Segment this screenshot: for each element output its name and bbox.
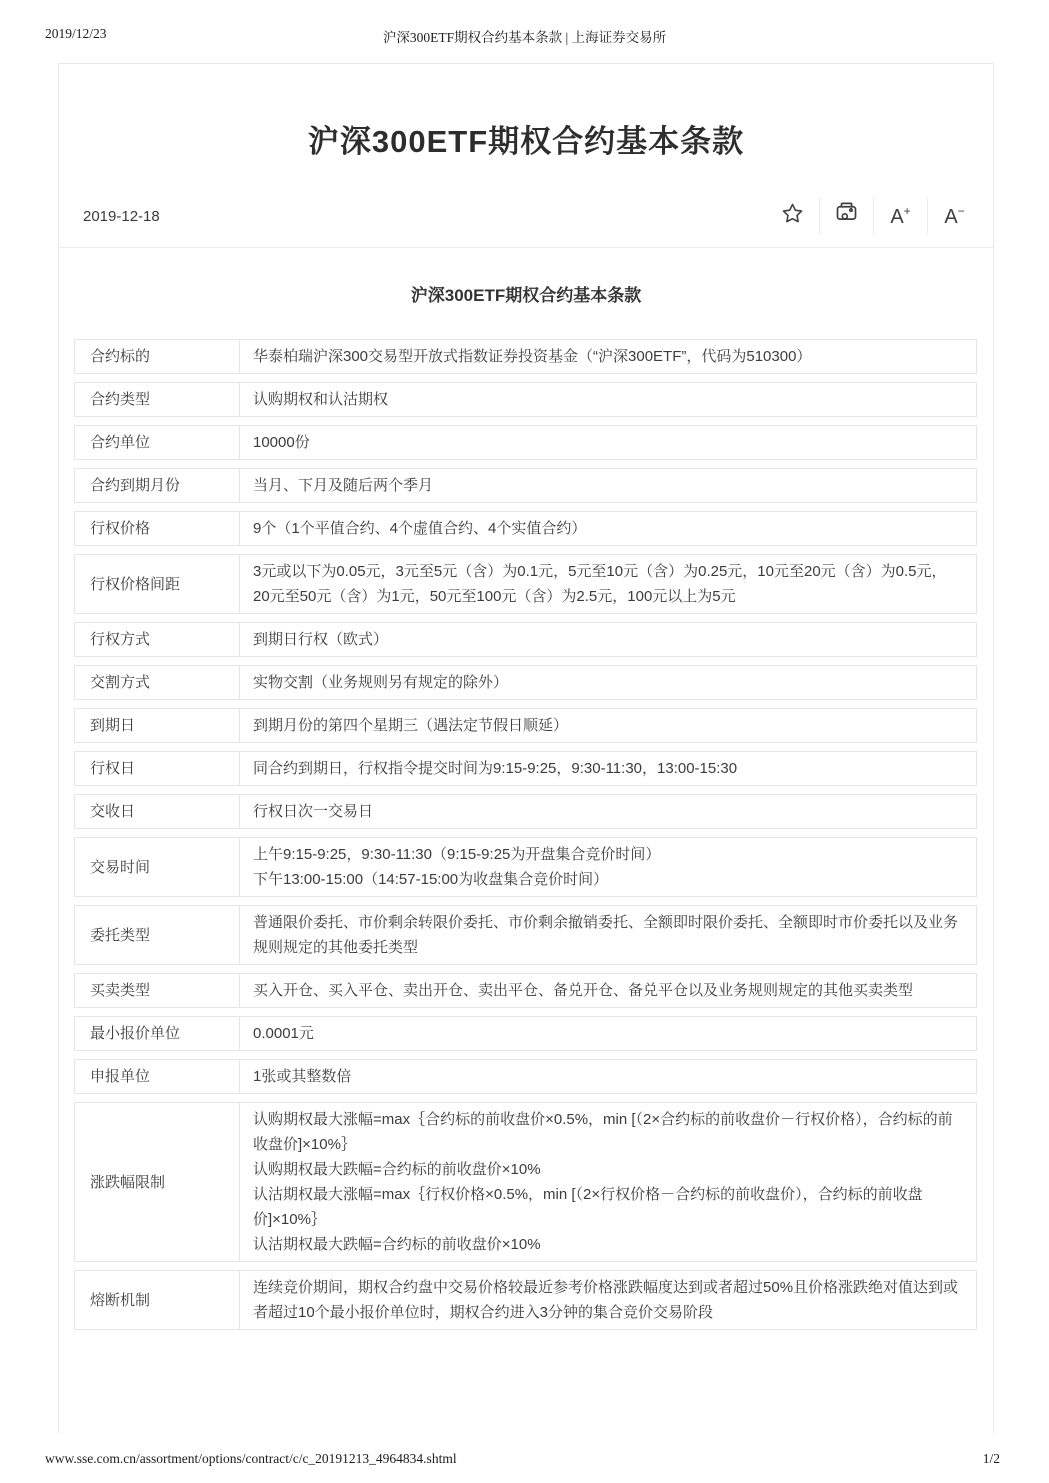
row-value: 同合约到期日，行权指令提交时间为9:15-9:25，9:30-11:30，13:… (253, 756, 737, 781)
print-footer-page-number: 1/2 (983, 1451, 1000, 1467)
row-label: 合约标的 (75, 340, 240, 373)
row-value-cell: 实物交割（业务规则另有规定的除外） (240, 666, 976, 699)
row-value: 普通限价委托、市价剩余转限价委托、市价剩余撤销委托、全额即时限价委托、全额即时市… (253, 910, 960, 960)
row-value: 9个（1个平值合约、4个虚值合约、4个实值合约） (253, 516, 586, 541)
row-label: 熔断机制 (75, 1271, 240, 1329)
table-row: 行权方式 到期日行权（欧式） (74, 622, 977, 657)
article-subtitle: 沪深300ETF期权合约基本条款 (59, 281, 993, 306)
table-row: 交收日 行权日次一交易日 (74, 794, 977, 829)
print-footer-url: www.sse.com.cn/assortment/options/contra… (45, 1451, 457, 1467)
row-value-cell: 行权日次一交易日 (240, 795, 976, 828)
row-value-cell: 认购期权最大涨幅=max｛合约标的前收盘价×0.5%，min [（2×合约标的前… (240, 1103, 976, 1261)
row-label: 行权日 (75, 752, 240, 785)
bookmark-button[interactable] (766, 197, 819, 235)
row-value: 认购期权和认沽期权 (253, 387, 388, 412)
font-increase-button[interactable]: A+ (873, 197, 927, 235)
printer-icon (833, 200, 860, 232)
table-row: 买卖类型 买入开仓、买入平仓、卖出开仓、卖出平仓、备兑开仓、备兑平仓以及业务规则… (74, 973, 977, 1008)
table-row: 交易时间 上午9:15-9:25，9:30-11:30（9:15-9:25为开盘… (74, 837, 977, 897)
row-value: 0.0001元 (253, 1021, 314, 1046)
row-label: 涨跌幅限制 (75, 1103, 240, 1261)
star-icon (780, 201, 805, 231)
row-label: 交收日 (75, 795, 240, 828)
header-divider (59, 247, 993, 248)
row-value-cell: 3元或以下为0.05元，3元至5元（含）为0.1元，5元至10元（含）为0.25… (240, 555, 976, 613)
row-label: 委托类型 (75, 906, 240, 964)
row-value: 实物交割（业务规则另有规定的除外） (253, 670, 508, 695)
row-value-cell: 0.0001元 (240, 1017, 976, 1050)
row-label: 到期日 (75, 709, 240, 742)
row-value-cell: 10000份 (240, 426, 976, 459)
article-toolbar: A+ A− (766, 197, 981, 235)
page-title: 沪深300ETF期权合约基本条款 (59, 116, 993, 161)
row-value-cell: 华泰柏瑞沪深300交易型开放式指数证券投资基金（“沪深300ETF”，代码为51… (240, 340, 976, 373)
article-date: 2019-12-18 (83, 208, 160, 225)
row-label: 行权方式 (75, 623, 240, 656)
table-row: 合约标的 华泰柏瑞沪深300交易型开放式指数证券投资基金（“沪深300ETF”，… (74, 339, 977, 374)
row-value: 当月、下月及随后两个季月 (253, 473, 433, 498)
table-row: 合约到期月份 当月、下月及随后两个季月 (74, 468, 977, 503)
row-value-cell: 当月、下月及随后两个季月 (240, 469, 976, 502)
table-row: 申报单位 1张或其整数倍 (74, 1059, 977, 1094)
font-decrease-button[interactable]: A− (927, 197, 981, 235)
font-increase-icon: A+ (890, 205, 910, 227)
row-value-cell: 买入开仓、买入平仓、卖出开仓、卖出平仓、备兑开仓、备兑平仓以及业务规则规定的其他… (240, 974, 976, 1007)
row-value: 行权日次一交易日 (253, 799, 373, 824)
table-row: 行权价格间距 3元或以下为0.05元，3元至5元（含）为0.1元，5元至10元（… (74, 554, 977, 614)
row-value: 到期月份的第四个星期三（遇法定节假日顺延） (253, 713, 568, 738)
table-row: 涨跌幅限制 认购期权最大涨幅=max｛合约标的前收盘价×0.5%，min [（2… (74, 1102, 977, 1262)
row-value-cell: 到期日行权（欧式） (240, 623, 976, 656)
table-row: 熔断机制 连续竞价期间，期权合约盘中交易价格较最近参考价格涨跌幅度达到或者超过5… (74, 1270, 977, 1330)
row-value: 认购期权最大涨幅=max｛合约标的前收盘价×0.5%，min [（2×合约标的前… (253, 1107, 960, 1257)
row-label: 合约到期月份 (75, 469, 240, 502)
row-value-cell: 1张或其整数倍 (240, 1060, 976, 1093)
row-value-cell: 认购期权和认沽期权 (240, 383, 976, 416)
row-label: 行权价格 (75, 512, 240, 545)
row-value-cell: 普通限价委托、市价剩余转限价委托、市价剩余撤销委托、全额即时限价委托、全额即时市… (240, 906, 976, 964)
print-page: { "print_header": { "date": "2019/12/23"… (0, 0, 1049, 1483)
row-value-cell: 上午9:15-9:25，9:30-11:30（9:15-9:25为开盘集合竞价时… (240, 838, 976, 896)
table-row: 交割方式 实物交割（业务规则另有规定的除外） (74, 665, 977, 700)
print-header-title: 沪深300ETF期权合约基本条款 | 上海证券交易所 (0, 26, 1049, 46)
row-value: 上午9:15-9:25，9:30-11:30（9:15-9:25为开盘集合竞价时… (253, 842, 660, 892)
row-value: 3元或以下为0.05元，3元至5元（含）为0.1元，5元至10元（含）为0.25… (253, 559, 960, 609)
table-row: 合约单位 10000份 (74, 425, 977, 460)
terms-table: 合约标的 华泰柏瑞沪深300交易型开放式指数证券投资基金（“沪深300ETF”，… (74, 339, 977, 1330)
row-label: 交割方式 (75, 666, 240, 699)
row-label: 买卖类型 (75, 974, 240, 1007)
table-row: 合约类型 认购期权和认沽期权 (74, 382, 977, 417)
print-button[interactable] (819, 197, 873, 235)
article-meta-row: 2019-12-18 (83, 197, 981, 235)
row-value-cell: 连续竞价期间，期权合约盘中交易价格较最近参考价格涨跌幅度达到或者超过50%且价格… (240, 1271, 976, 1329)
row-value-cell: 到期月份的第四个星期三（遇法定节假日顺延） (240, 709, 976, 742)
row-value: 到期日行权（欧式） (253, 627, 388, 652)
row-value: 连续竞价期间，期权合约盘中交易价格较最近参考价格涨跌幅度达到或者超过50%且价格… (253, 1275, 960, 1325)
row-label: 最小报价单位 (75, 1017, 240, 1050)
row-value: 买入开仓、买入平仓、卖出开仓、卖出平仓、备兑开仓、备兑平仓以及业务规则规定的其他… (253, 978, 913, 1003)
table-row: 行权价格 9个（1个平值合约、4个虚值合约、4个实值合约） (74, 511, 977, 546)
article-container: 沪深300ETF期权合约基本条款 2019-12-18 (58, 63, 994, 1433)
table-row: 到期日 到期月份的第四个星期三（遇法定节假日顺延） (74, 708, 977, 743)
row-value: 10000份 (253, 430, 310, 455)
font-decrease-icon: A− (944, 205, 964, 227)
table-row: 最小报价单位 0.0001元 (74, 1016, 977, 1051)
row-label: 行权价格间距 (75, 555, 240, 613)
row-label: 申报单位 (75, 1060, 240, 1093)
table-row: 委托类型 普通限价委托、市价剩余转限价委托、市价剩余撤销委托、全额即时限价委托、… (74, 905, 977, 965)
row-label: 合约类型 (75, 383, 240, 416)
row-label: 交易时间 (75, 838, 240, 896)
row-value: 华泰柏瑞沪深300交易型开放式指数证券投资基金（“沪深300ETF”，代码为51… (253, 344, 811, 369)
table-row: 行权日 同合约到期日，行权指令提交时间为9:15-9:25，9:30-11:30… (74, 751, 977, 786)
row-label: 合约单位 (75, 426, 240, 459)
row-value-cell: 9个（1个平值合约、4个虚值合约、4个实值合约） (240, 512, 976, 545)
row-value-cell: 同合约到期日，行权指令提交时间为9:15-9:25，9:30-11:30，13:… (240, 752, 976, 785)
row-value: 1张或其整数倍 (253, 1064, 351, 1089)
